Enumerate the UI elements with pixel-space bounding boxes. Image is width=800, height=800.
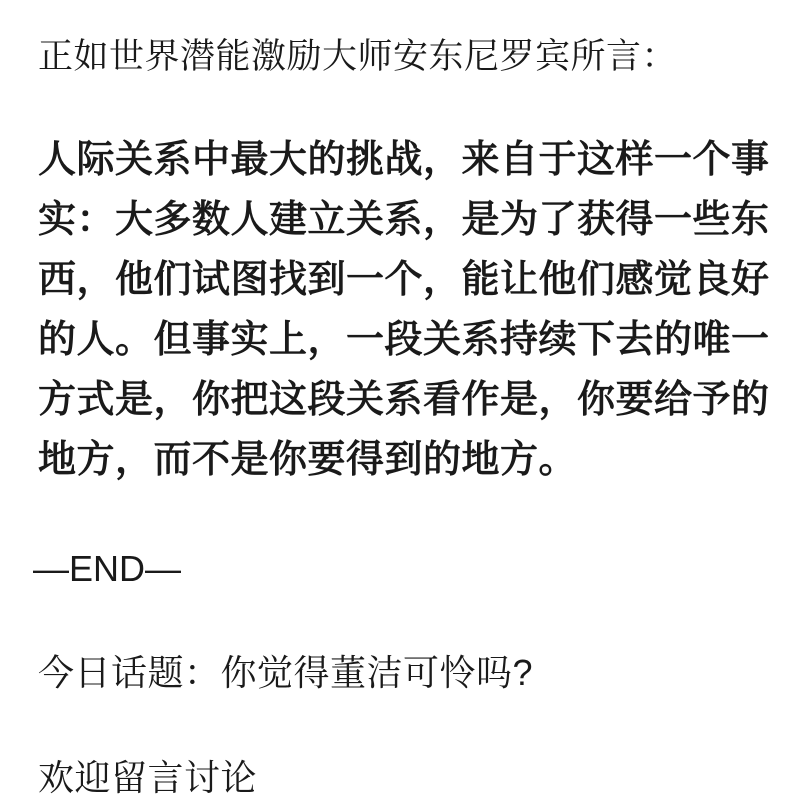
article-intro-text: 正如世界潜能激励大师安东尼罗宾所言：	[38, 36, 677, 78]
quote-line: 人际关系中最大的挑战，来自于这样一个事	[38, 130, 780, 190]
end-marker-text: —END—	[33, 548, 181, 590]
article-page: 正如世界潜能激励大师安东尼罗宾所言： 人际关系中最大的挑战，来自于这样一个事 实…	[0, 0, 800, 800]
quote-line: 西，他们试图找到一个，能让他们感觉良好	[38, 250, 780, 310]
quote-line: 地方，而不是你要得到的地方。	[38, 430, 780, 490]
comment-prompt-text: 欢迎留言讨论	[38, 757, 257, 799]
quote-line: 方式是，你把这段关系看作是，你要给予的	[38, 370, 780, 430]
daily-topic-text: 今日话题：你觉得董洁可怜吗?	[38, 652, 533, 694]
quote-line: 的人。但事实上，一段关系持续下去的唯一	[38, 310, 780, 370]
quote-line: 实：大多数人建立关系，是为了获得一些东	[38, 190, 780, 250]
quote-paragraph: 人际关系中最大的挑战，来自于这样一个事 实：大多数人建立关系，是为了获得一些东 …	[38, 130, 780, 490]
